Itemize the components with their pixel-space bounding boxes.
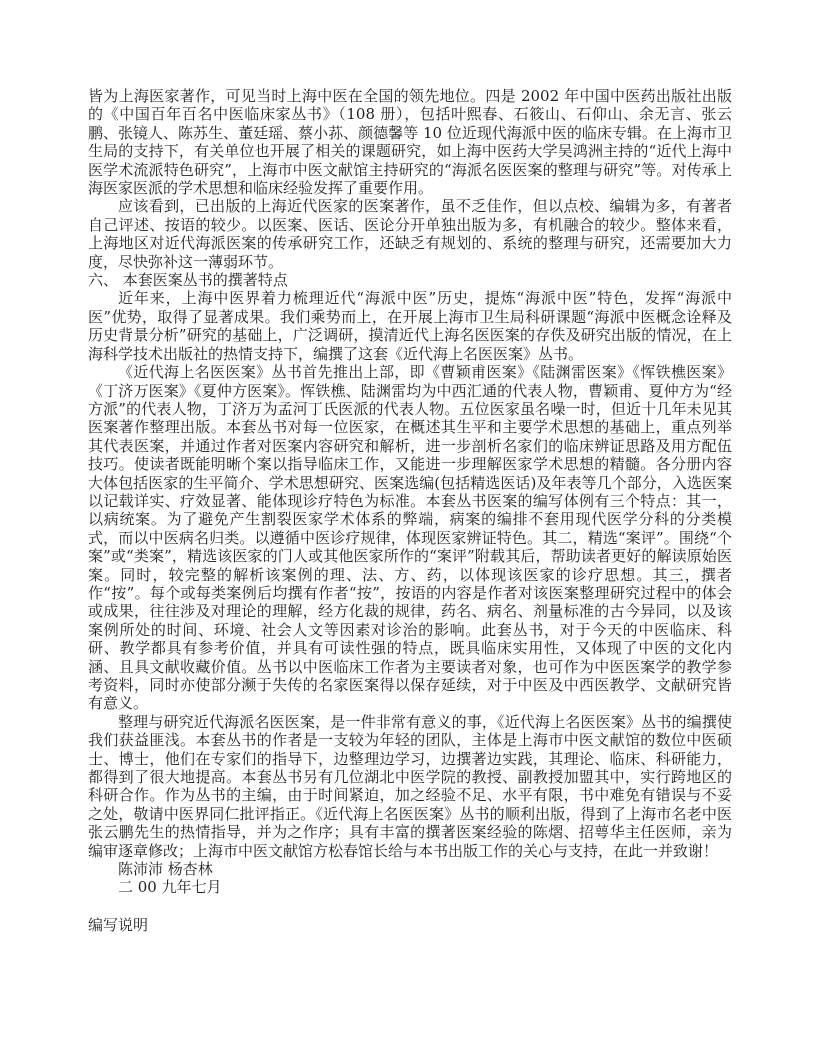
document-page: 皆为上海医家著作，可见当时上海中医在全国的领先地位。四是 2002 年中国中医药… (0, 0, 816, 1056)
paragraph: 整理与研究近代海派名医医案，是一件非常有意义的事，《近代海上名医医案》丛书的编撰… (88, 713, 732, 860)
next-section-heading: 编写说明 (88, 916, 732, 934)
signature-authors: 陈沛沛 杨杏林 (88, 860, 732, 878)
paragraph: 近年来，上海中医界着力梳理近代“海派中医”历史，提炼“海派中医”特色，发挥“海派… (88, 289, 732, 363)
paragraph: 应该看到，已出版的上海近代医家的医案著作，虽不乏佳作，但以点校、编辑为多，有著者… (88, 197, 732, 271)
signature-date: 二 00 九年七月 (88, 878, 732, 896)
paragraph-continuation: 皆为上海医家著作，可见当时上海中医在全国的领先地位。四是 2002 年中国中医药… (88, 87, 732, 197)
section-heading: 六、 本套医案丛书的撰著特点 (88, 271, 732, 289)
paragraph: 《近代海上名医医案》丛书首先推出上部，即《曹颖甫医案》《陆渊雷医案》《恽铁樵医案… (88, 363, 732, 713)
preface-text-block: 皆为上海医家著作，可见当时上海中医在全国的领先地位。四是 2002 年中国中医药… (88, 87, 732, 934)
